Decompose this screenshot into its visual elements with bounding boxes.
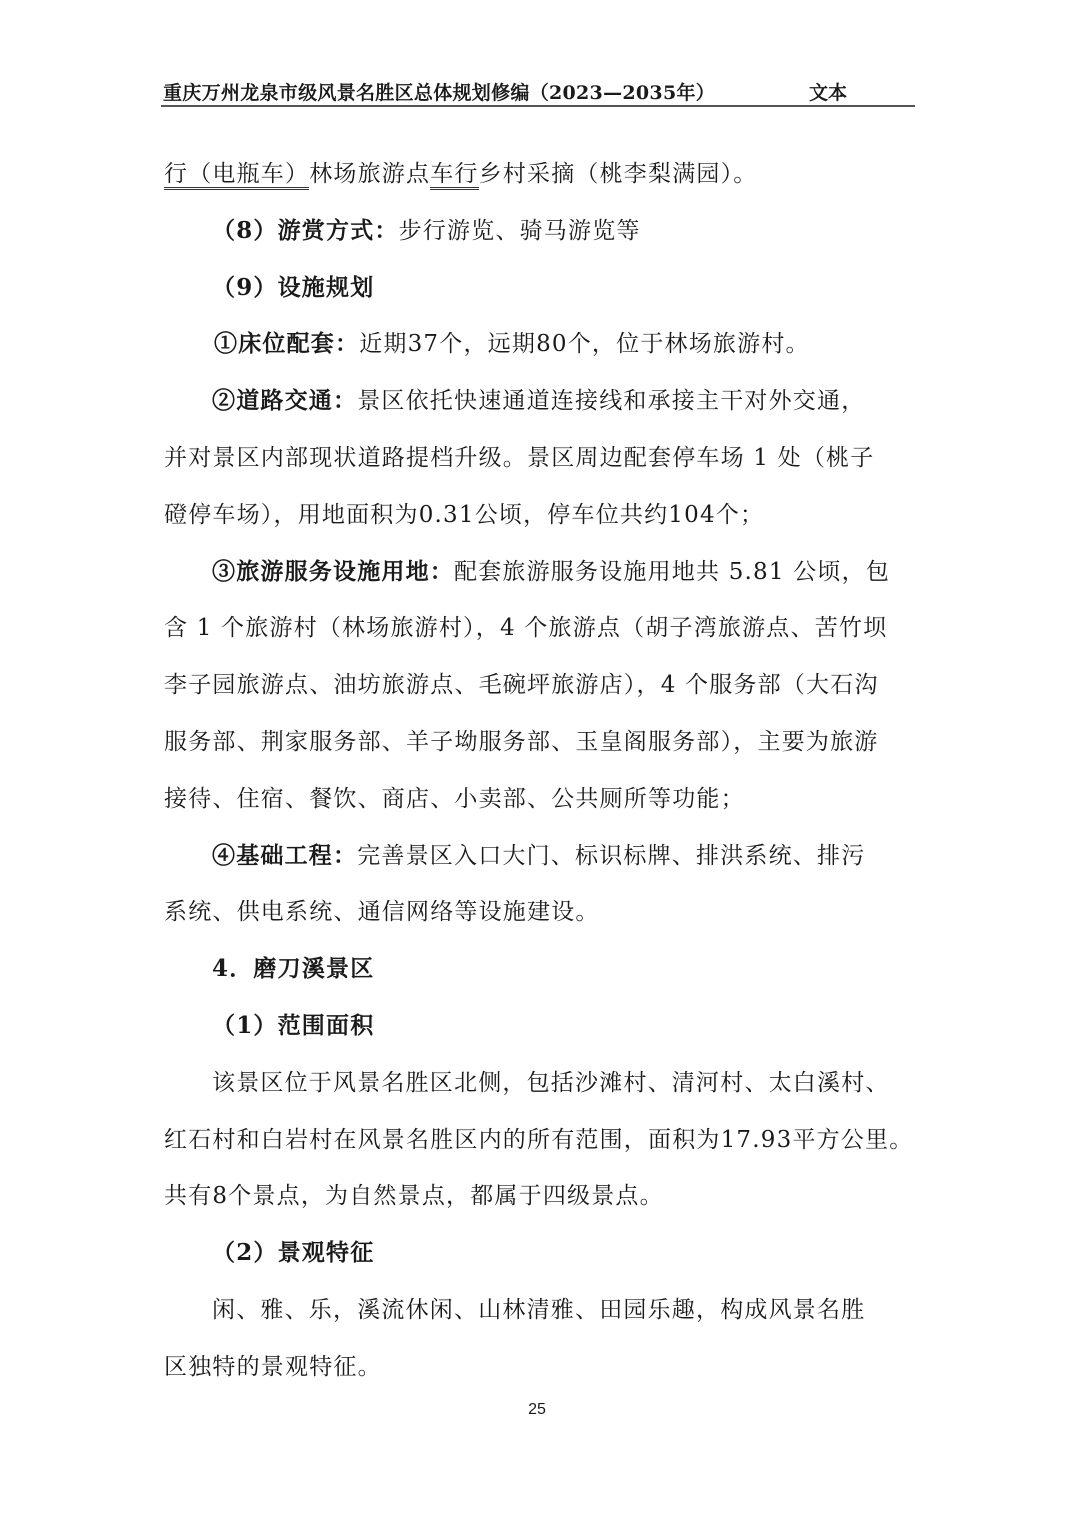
body-text: 步行游览、骑马游览等 (399, 218, 641, 244)
body-line: 并对景区内部现状道路提档升级。景区周边配套停车场 1 处（桃子 (164, 430, 916, 487)
route-continuation: 行（电瓶车）林场旅游点车行乡村采摘（桃李梨满园）。 (164, 146, 916, 203)
body-line: 服务部、荆家服务部、羊子坳服务部、玉皇阁服务部），主要为旅游 (164, 714, 916, 771)
underlined-text: 车行 (430, 161, 478, 190)
facility-planning-heading: （9）设施规划 (164, 260, 916, 317)
body-line: 磴停车场），用地面积为0.31公顷，停车位共约104个； (164, 487, 916, 544)
body-line: 闲、雅、乐，溪流休闲、山林清雅、田园乐趣，构成风景名胜 (164, 1282, 916, 1339)
subsection-heading: （2）景观特征 (164, 1225, 916, 1282)
page-number: 25 (0, 1401, 1074, 1419)
document-body: 行（电瓶车）林场旅游点车行乡村采摘（桃李梨满园）。 （8）游赏方式：步行游览、骑… (164, 146, 916, 1396)
body-line: 区独特的景观特征。 (164, 1339, 916, 1396)
item-label: ③旅游服务设施用地： (212, 558, 454, 585)
body-line: 含 1 个旅游村（林场旅游村），4 个旅游点（胡子湾旅游点、苦竹坝 (164, 600, 916, 657)
body-text: 完善景区入口大门、标识标牌、排洪系统、排污 (357, 843, 865, 869)
underlined-text: 行（电瓶车） (164, 161, 309, 190)
service-facilities: ③旅游服务设施用地：配套旅游服务设施用地共 5.81 公顷，包 (164, 544, 916, 601)
body-line: 红石村和白岩村在风景名胜区内的所有范围，面积为17.93平方公里。 (164, 1112, 916, 1169)
body-line: 该景区位于风景名胜区北侧，包括沙滩村、清河村、太白溪村、 (164, 1055, 916, 1112)
subheading: （2）景观特征 (212, 1239, 374, 1266)
body-line: 接待、住宿、餐饮、商店、小卖部、公共厕所等功能； (164, 771, 916, 828)
item-label: ②道路交通： (212, 387, 357, 414)
subheading: （9）设施规划 (212, 274, 374, 301)
subheading: （1）范围面积 (212, 1012, 374, 1039)
section-heading: 4．磨刀溪景区 (164, 941, 916, 998)
body-line: 系统、供电系统、通信网络等设施建设。 (164, 884, 916, 941)
subheading: （8）游赏方式： (212, 217, 399, 244)
page-header: 重庆万州龙泉市级风景名胜区总体规划修编（2023—2035年） 文本 (161, 76, 915, 108)
subsection-heading: （1）范围面积 (164, 998, 916, 1055)
body-text: 乡村采摘（桃李梨满园）。 (479, 161, 758, 187)
body-text: 配套旅游服务设施用地共 5.81 公顷，包 (454, 559, 890, 585)
header-divider (161, 105, 915, 107)
body-line: 共有8个景点，为自然景点，都属于四级景点。 (164, 1168, 916, 1225)
document-title: 重庆万州龙泉市级风景名胜区总体规划修编（2023—2035年） (163, 78, 715, 105)
bed-capacity: ①床位配套：近期37个，远期80个，位于林场旅游村。 (164, 316, 916, 373)
tour-mode: （8）游赏方式：步行游览、骑马游览等 (164, 203, 916, 260)
item-label: ④基础工程： (212, 842, 357, 869)
item-label: ①床位配套： (214, 330, 359, 357)
body-line: 李子园旅游点、油坊旅游点、毛碗坪旅游店），4 个服务部（大石沟 (164, 657, 916, 714)
body-text: 林场旅游点 (309, 161, 430, 187)
document-type-label: 文本 (809, 78, 847, 105)
body-text: 景区依托快速通道连接线和承接主干对外交通， (357, 388, 865, 414)
road-traffic: ②道路交通：景区依托快速通道连接线和承接主干对外交通， (164, 373, 916, 430)
body-text: 近期37个，远期80个，位于林场旅游村。 (359, 331, 810, 357)
heading-text: 4．磨刀溪景区 (212, 955, 374, 982)
infrastructure: ④基础工程：完善景区入口大门、标识标牌、排洪系统、排污 (164, 828, 916, 885)
